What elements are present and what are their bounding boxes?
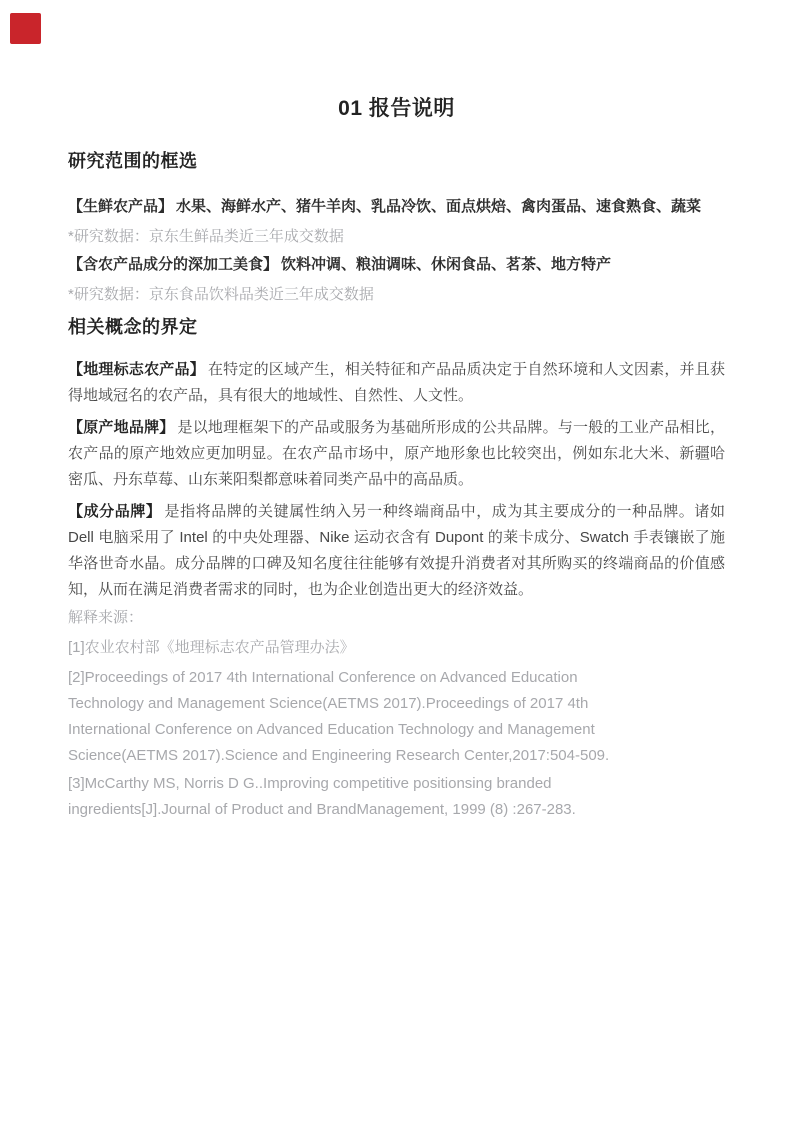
page-content: 研究范围的框选 【生鲜农产品】水果、海鲜水产、猪牛羊肉、乳品冷饮、面点烘焙、禽肉… bbox=[0, 149, 793, 823]
sources-label: 解释来源： bbox=[68, 605, 725, 631]
report-page: 01 报告说明 研究范围的框选 【生鲜农产品】水果、海鲜水产、猪牛羊肉、乳品冷饮… bbox=[0, 0, 793, 1122]
reference-item-3: [3]McCarthy MS, Norris D G..Improving co… bbox=[68, 771, 725, 823]
concept-label: 【地理标志农产品】 bbox=[68, 361, 205, 378]
category-line-processed-food: 【含农产品成分的深加工美食】饮料冲调、粮油调味、休闲食品、茗茶、地方特产 bbox=[68, 254, 725, 276]
logo-mark bbox=[10, 13, 41, 44]
section-heading-research-scope: 研究范围的框选 bbox=[68, 149, 725, 173]
reference-item-1: [1]农业农村部《地理标志农产品管理办法》 bbox=[68, 635, 725, 661]
category-label: 【含农产品成分的深加工美食】 bbox=[68, 256, 278, 273]
category-line-fresh-produce: 【生鲜农产品】水果、海鲜水产、猪牛羊肉、乳品冷饮、面点烘焙、禽肉蛋品、速食熟食、… bbox=[68, 196, 725, 218]
concept-text: 是指将品牌的关键属性纳入另一种终端商品中，成为其主要成分的一种品牌。诸如 Del… bbox=[68, 503, 725, 598]
concept-paragraph-geo-indication: 【地理标志农产品】在特定的区域产生，相关特征和产品品质决定于自然环境和人文因素，… bbox=[68, 357, 725, 409]
section-heading-concept-definitions: 相关概念的界定 bbox=[68, 315, 725, 339]
data-note-fresh-produce: *研究数据：京东生鲜品类近三年成交数据 bbox=[68, 226, 725, 248]
category-text: 饮料冲调、粮油调味、休闲食品、茗茶、地方特产 bbox=[281, 256, 611, 273]
page-title: 01 报告说明 bbox=[0, 96, 793, 122]
concept-label: 【原产地品牌】 bbox=[68, 419, 175, 436]
reference-item-2: [2]Proceedings of 2017 4th International… bbox=[68, 665, 725, 769]
concept-paragraph-origin-brand: 【原产地品牌】是以地理框架下的产品或服务为基础所形成的公共品牌。与一般的工业产品… bbox=[68, 415, 725, 493]
data-note-processed-food: *研究数据：京东食品饮料品类近三年成交数据 bbox=[68, 284, 725, 306]
category-label: 【生鲜农产品】 bbox=[68, 198, 173, 215]
category-text: 水果、海鲜水产、猪牛羊肉、乳品冷饮、面点烘焙、禽肉蛋品、速食熟食、蔬菜 bbox=[176, 198, 701, 215]
concept-label: 【成分品牌】 bbox=[68, 503, 162, 520]
concept-paragraph-ingredient-brand: 【成分品牌】是指将品牌的关键属性纳入另一种终端商品中，成为其主要成分的一种品牌。… bbox=[68, 499, 725, 603]
